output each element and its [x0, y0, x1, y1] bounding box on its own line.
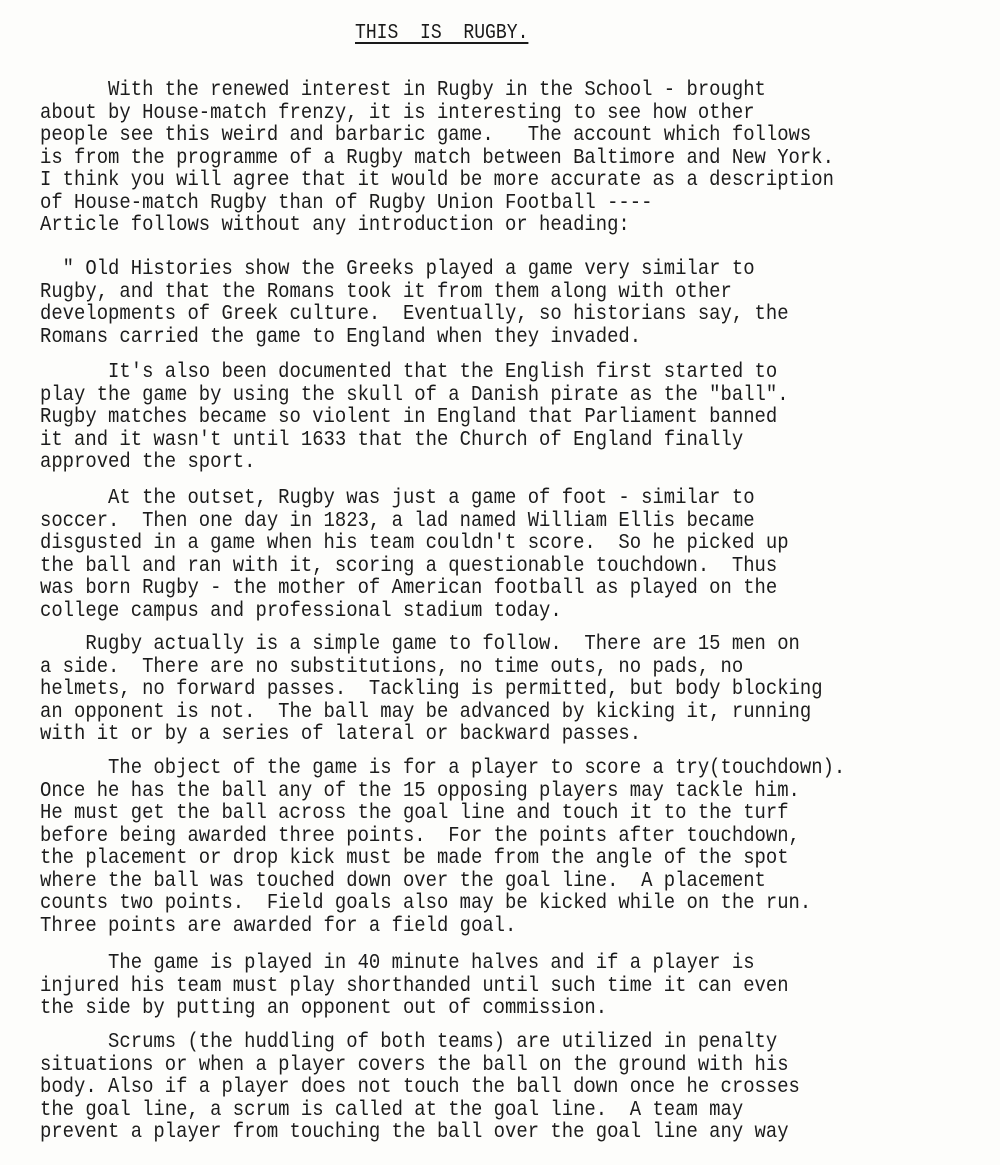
text-line: with it or by a series of lateral or bac…: [40, 724, 823, 747]
text-line: Rugby, and that the Romans took it from …: [40, 282, 789, 305]
paragraph-introduction: With the renewed interest in Rugby in th…: [40, 80, 922, 238]
text-line: The object of the game is for a player t…: [40, 758, 845, 781]
document-page: THIS IS RUGBY. With the renewed interest…: [0, 0, 1000, 1165]
paragraph-halves: The game is played in 40 minute halves a…: [40, 953, 872, 1021]
text-line: about by House-match frenzy, it is inter…: [40, 103, 834, 126]
text-line: of House-match Rugby than of Rugby Union…: [40, 193, 834, 216]
text-line: Romans carried the game to England when …: [40, 327, 789, 350]
text-line: Rugby matches became so violent in Engla…: [40, 407, 789, 430]
text-line: was born Rugby - the mother of American …: [40, 578, 789, 601]
text-line: it and it wasn't until 1633 that the Chu…: [40, 430, 789, 453]
paragraph-simple-game: Rugby actually is a simple game to follo…: [40, 634, 910, 747]
text-line: the side by putting an opponent out of c…: [40, 998, 789, 1021]
text-line: helmets, no forward passes. Tackling is …: [40, 679, 823, 702]
text-line: the placement or drop kick must be made …: [40, 848, 845, 871]
paragraph-old-histories: " Old Histories show the Greeks played a…: [40, 259, 872, 349]
paragraph-danish-skull: It's also been documented that the Engli…: [40, 362, 872, 475]
text-line: situations or when a player covers the b…: [40, 1055, 800, 1078]
text-line: is from the programme of a Rugby match b…: [40, 148, 834, 171]
text-line: Rugby actually is a simple game to follo…: [40, 634, 823, 657]
text-line: developments of Greek culture. Eventuall…: [40, 304, 789, 327]
text-line: With the renewed interest in Rugby in th…: [40, 80, 834, 103]
text-line: Three points are awarded for a field goa…: [40, 916, 845, 939]
text-line: I think you will agree that it would be …: [40, 170, 834, 193]
paragraph-william-ellis: At the outset, Rugby was just a game of …: [40, 488, 872, 623]
document-title: THIS IS RUGBY.: [355, 22, 528, 45]
text-line: It's also been documented that the Engli…: [40, 362, 789, 385]
text-line: before being awarded three points. For t…: [40, 826, 845, 849]
text-line: counts two points. Field goals also may …: [40, 893, 845, 916]
text-line: college campus and professional stadium …: [40, 601, 789, 624]
text-line: an opponent is not. The ball may be adva…: [40, 702, 823, 725]
text-line: He must get the ball across the goal lin…: [40, 803, 845, 826]
text-line: the goal line, a scrum is called at the …: [40, 1100, 800, 1123]
text-line: Scrums (the huddling of both teams) are …: [40, 1032, 800, 1055]
text-line: approved the sport.: [40, 452, 789, 475]
text-line: soccer. Then one day in 1823, a lad name…: [40, 511, 789, 534]
text-line: play the game by using the skull of a Da…: [40, 385, 789, 408]
text-line: injured his team must play shorthanded u…: [40, 976, 789, 999]
text-line: " Old Histories show the Greeks played a…: [40, 259, 789, 282]
text-line: people see this weird and barbaric game.…: [40, 125, 834, 148]
text-line: a side. There are no substitutions, no t…: [40, 657, 823, 680]
text-line: body. Also if a player does not touch th…: [40, 1077, 800, 1100]
text-line: disgusted in a game when his team couldn…: [40, 533, 789, 556]
paragraph-object-of-game: The object of the game is for a player t…: [40, 758, 935, 938]
text-line: the ball and ran with it, scoring a ques…: [40, 556, 789, 579]
text-line: prevent a player from touching the ball …: [40, 1122, 800, 1145]
text-line: where the ball was touched down over the…: [40, 871, 845, 894]
text-line: At the outset, Rugby was just a game of …: [40, 488, 789, 511]
text-line: The game is played in 40 minute halves a…: [40, 953, 789, 976]
text-line: Once he has the ball any of the 15 oppos…: [40, 781, 845, 804]
paragraph-scrums: Scrums (the huddling of both teams) are …: [40, 1032, 884, 1145]
text-line: Article follows without any introduction…: [40, 215, 834, 238]
